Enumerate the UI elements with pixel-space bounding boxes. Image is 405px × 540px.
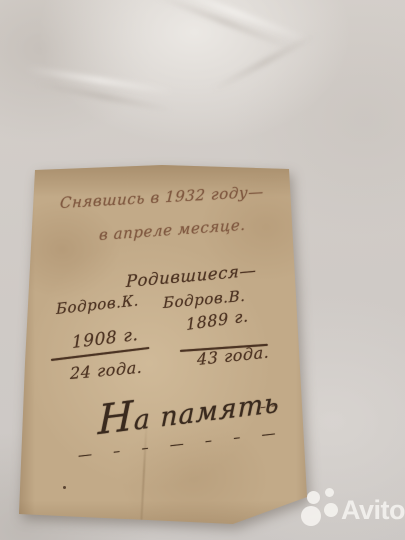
handwriting-left-age: 24 года.: [70, 358, 142, 383]
handwriting-month-line: в апреле месяце.: [99, 216, 246, 244]
ink-speck: [63, 486, 66, 489]
old-paper: Снявшись в 1932 году— в апреле месяце. Р…: [14, 160, 314, 530]
avito-dot: [325, 488, 334, 497]
handwriting-memory-marks: – –: [259, 398, 278, 414]
avito-dot: [324, 503, 338, 517]
avito-dot: [301, 506, 321, 526]
handwriting-left-name: Бодров.К.: [56, 291, 139, 318]
handwriting-right-age: 43 года.: [197, 342, 270, 369]
handwriting-shot-year-line: Снявшись в 1932 году—: [60, 183, 265, 212]
avito-dot: [307, 491, 320, 504]
paper-shadow-wrapper: Снявшись в 1932 году— в апреле месяце. Р…: [0, 0, 405, 540]
avito-dots-icon: [299, 487, 339, 529]
photo-of-old-paper: Снявшись в 1932 году— в апреле месяце. Р…: [0, 0, 405, 540]
handwriting-right-year: 1889 г.: [186, 306, 250, 334]
avito-watermark: Avito: [299, 487, 405, 529]
avito-watermark-text: Avito: [341, 495, 405, 526]
